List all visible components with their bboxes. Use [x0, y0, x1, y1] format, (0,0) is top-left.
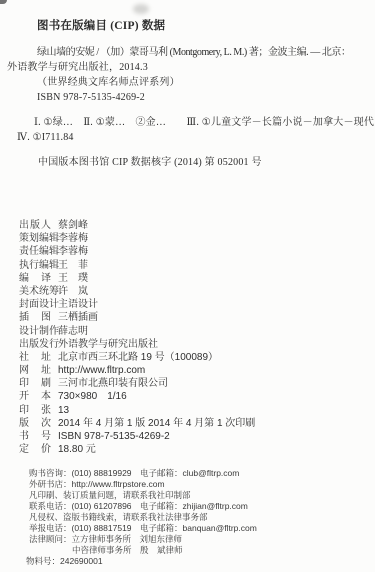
credit-value: 王 菲	[58, 260, 88, 271]
cip-data-block: 图书在版编目 (CIP) 数据 绿山墙的安妮 / （加）蒙哥马利 (Montgo…	[0, 19, 375, 170]
credit-label: 印张	[19, 404, 51, 417]
classification-line-2: Ⅳ. ①I711.84	[0, 130, 375, 145]
credit-label: 编译	[19, 272, 51, 285]
credit-label: 责任编辑	[19, 245, 51, 258]
credit-label: 插图	[19, 311, 51, 324]
credit-value: 三栖插画	[58, 312, 98, 323]
publication-credits: 出版人蔡剑峰 策划编辑李蓉梅 责任编辑李蓉梅 执行编辑王 菲 编译王 璞 美术统…	[19, 219, 369, 456]
series-note: （世界经典文库名师点评系列）	[0, 75, 375, 90]
note-legal-counsel-2: 中咨律师事务所 殷 斌律师	[29, 545, 369, 556]
credit-label: 开本	[19, 390, 51, 403]
credit-value: 李蓉梅	[58, 246, 88, 257]
credit-value: 主语设计	[58, 299, 98, 310]
material-number: 物料号：242690001	[26, 556, 369, 567]
credit-row-sheets: 印张13	[19, 404, 369, 417]
credit-row-design-production: 设计制作薛志明	[19, 325, 369, 338]
credit-row-publisher-person: 出版人蔡剑峰	[19, 219, 369, 232]
cip-data-header: 图书在版编目 (CIP) 数据	[0, 19, 375, 34]
credit-value: ISBN 978-7-5135-4269-2	[58, 431, 170, 442]
note-piracy: 凡侵权、盗版书籍线索，请联系我社法律事务部	[29, 512, 369, 523]
cip-record-number: 中国版本图书馆 CIP 数据核字 (2014) 第 052001 号	[0, 155, 375, 170]
credit-label: 书号	[19, 430, 51, 443]
credit-value: 730×980 1/16	[58, 391, 127, 402]
credit-value: 18.80 元	[58, 444, 96, 455]
cip-entry-line-2: 外语教学与研究出版社，2014.3	[0, 60, 375, 75]
scan-smudge-center	[133, 4, 149, 14]
credit-row-book-number: 书号ISBN 978-7-5135-4269-2	[19, 430, 369, 443]
credit-label: 出版人	[19, 219, 51, 232]
credit-value: 13	[58, 405, 69, 416]
service-notes: 购书咨询：(010) 88819929 电子邮箱：club@fltrp.com …	[29, 468, 369, 567]
credit-row-printer: 印刷三河市北燕印装有限公司	[19, 377, 369, 390]
credit-label: 印刷	[19, 377, 51, 390]
credit-row-address: 社址北京市西三环北路 19 号（100089）	[19, 351, 369, 364]
credit-row-publisher: 出版发行外语教学与研究出版社	[19, 338, 369, 351]
credit-row-format: 开本730×980 1/16	[19, 390, 369, 403]
credit-row-translator: 编译王 璞	[19, 272, 369, 285]
credit-row-edition: 版次2014 年 4 月第 1 版 2014 年 4 月第 1 次印刷	[19, 417, 369, 430]
credit-value: 薛志明	[58, 326, 88, 337]
credit-value: 北京市西三环北路 19 号（100089）	[58, 352, 218, 363]
credit-row-cover-design: 封面设计主语设计	[19, 298, 369, 311]
note-report-phone: 举报电话：(010) 88817519 电子邮箱：banquan@fltrp.c…	[29, 523, 369, 534]
credit-row-website: 网址http://www.fltrp.com	[19, 364, 369, 377]
credit-value: http://www.fltrp.com	[58, 365, 145, 376]
credit-value: 李蓉梅	[58, 233, 88, 244]
credit-value: 蔡剑峰	[58, 220, 88, 231]
note-bookstore-url: 外研书店：http://www.fltrpstore.com	[29, 479, 369, 490]
credit-value: 2014 年 4 月第 1 版 2014 年 4 月第 1 次印刷	[58, 418, 255, 429]
credit-label: 封面设计	[19, 298, 51, 311]
credit-label: 策划编辑	[19, 232, 51, 245]
credit-value: 许 岚	[58, 286, 88, 297]
credit-row-responsible-editor: 责任编辑李蓉梅	[19, 245, 369, 258]
credit-label: 版次	[19, 417, 51, 430]
credit-value: 王 璞	[58, 273, 88, 284]
credit-row-executive-editor: 执行编辑王 菲	[19, 259, 369, 272]
cip-entry-line-1: 绿山墙的安妮 / （加）蒙哥马利 (Montgomery, L. M.) 著；金…	[0, 45, 375, 60]
note-purchase-hotline: 购书咨询：(010) 88819929 电子邮箱：club@fltrp.com	[29, 468, 369, 479]
classification-line-1: Ⅰ. ①绿… Ⅱ. ①蒙… ②金… Ⅲ. ①儿童文学－长篇小说－加拿大－现代	[0, 115, 375, 130]
credit-label: 出版发行	[19, 338, 51, 351]
note-contact-phone: 联系电话：(010) 61207896 电子邮箱：zhijian@fltrp.c…	[29, 501, 369, 512]
scan-smudge-corner	[0, 0, 7, 4]
credit-label: 执行编辑	[19, 259, 51, 272]
credit-row-planning-editor: 策划编辑李蓉梅	[19, 232, 369, 245]
credit-row-price: 定价18.80 元	[19, 443, 369, 456]
credit-row-illustration: 插图三栖插画	[19, 311, 369, 324]
isbn-line: ISBN 978-7-5135-4269-2	[0, 90, 375, 105]
credit-value: 外语教学与研究出版社	[58, 339, 158, 350]
credit-label: 美术统筹	[19, 285, 51, 298]
credit-label: 定价	[19, 443, 51, 456]
credit-label: 设计制作	[19, 325, 51, 338]
credit-row-art-coordinator: 美术统筹许 岚	[19, 285, 369, 298]
note-print-quality: 凡印刷、装订质量问题，请联系我社印制部	[29, 490, 369, 501]
credit-label: 网址	[19, 364, 51, 377]
credit-value: 三河市北燕印装有限公司	[58, 378, 168, 389]
credit-label: 社址	[19, 351, 51, 364]
note-legal-counsel-1: 法律顾问：立方律师事务所 刘旭东律师	[29, 534, 369, 545]
book-copyright-page: 图书在版编目 (CIP) 数据 绿山墙的安妮 / （加）蒙哥马利 (Montgo…	[0, 0, 375, 572]
